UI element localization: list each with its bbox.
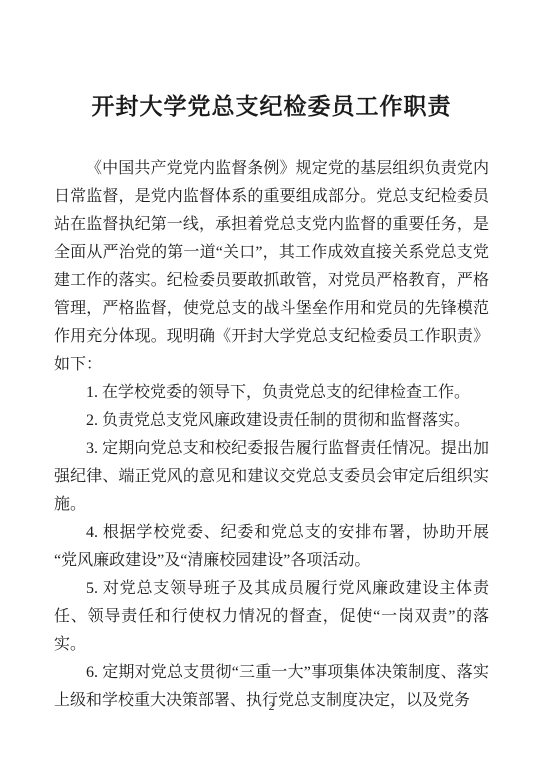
document-page: 开封大学党总支纪检委员工作职责 《中国共产党党内监督条例》规定党的基层组织负责党… bbox=[0, 0, 543, 768]
duty-item-5: 5. 对党总支领导班子及其成员履行党风廉政建设主体责任、领导责任和行使权力情况的… bbox=[54, 575, 489, 659]
page-number: 2 bbox=[0, 699, 543, 714]
document-title: 开封大学党总支纪检委员工作职责 bbox=[54, 92, 489, 122]
duty-item-1: 1. 在学校党委的领导下，负责党总支的纪律检查工作。 bbox=[54, 379, 489, 407]
intro-paragraph: 《中国共产党党内监督条例》规定党的基层组织负责党内日常监督，是党内监督体系的重要… bbox=[54, 155, 489, 379]
document-body: 《中国共产党党内监督条例》规定党的基层组织负责党内日常监督，是党内监督体系的重要… bbox=[54, 155, 489, 715]
duty-item-4: 4. 根据学校党委、纪委和党总支的安排布署，协助开展“党风廉政建设”及“清廉校园… bbox=[54, 519, 489, 575]
duty-item-3: 3. 定期向党总支和校纪委报告履行监督责任情况。提出加强纪律、端正党风的意见和建… bbox=[54, 435, 489, 519]
duty-item-2: 2. 负责党总支党风廉政建设责任制的贯彻和监督落实。 bbox=[54, 407, 489, 435]
